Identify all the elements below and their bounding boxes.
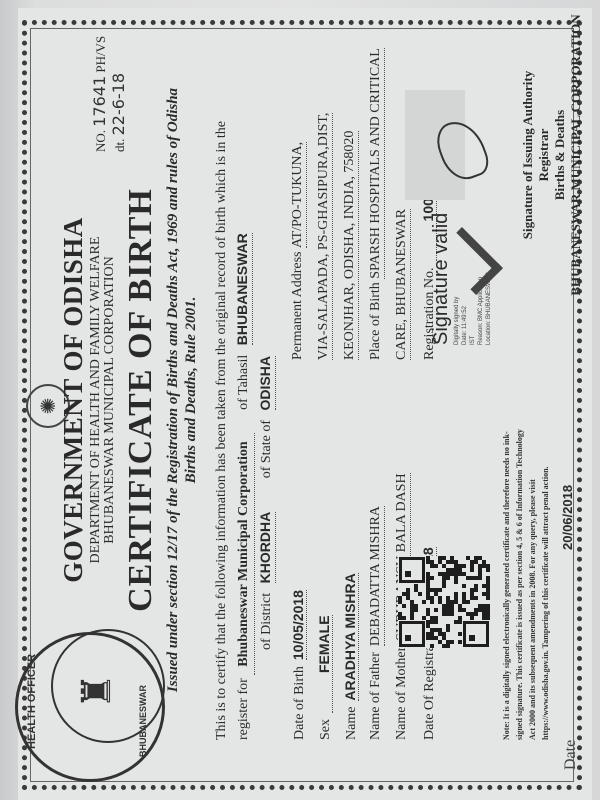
ref-date-label: dt. bbox=[112, 139, 127, 152]
tahasil-value: BHUBANESWAR bbox=[232, 233, 253, 345]
name-row: NameARADHYA MISHRA bbox=[342, 573, 360, 740]
mother-label: Name of Mother bbox=[394, 647, 409, 740]
government-heading: GOVERNMENT OF ODISHA bbox=[58, 0, 89, 800]
address-line-3: KEONJHAR, ODISHA, INDIA, 758020 bbox=[342, 131, 359, 360]
pob-row: Place of Birth SPARSH HOSPITALS AND CRIT… bbox=[368, 48, 385, 360]
tahasil-label: of Tahasil bbox=[236, 355, 251, 410]
register-label: register for bbox=[236, 678, 251, 740]
ref-no-suffix: PH/VS bbox=[93, 36, 108, 73]
address-row-3: KEONJHAR, ODISHA, INDIA, 758020 bbox=[342, 131, 359, 360]
authority-line: Births & Deaths bbox=[552, 0, 568, 320]
sex-label: Sex bbox=[318, 719, 333, 740]
authority-line: Registrar bbox=[536, 0, 552, 320]
name-label: Name bbox=[344, 707, 359, 740]
pob-label: Place of Birth bbox=[368, 282, 383, 360]
authority-line: Signature of Issuing Authority bbox=[520, 0, 536, 320]
pob-line-1: SPARSH HOSPITALS AND CRITICAL bbox=[368, 48, 385, 279]
pob-line-2: CARE, BHUBANESWAR bbox=[394, 209, 411, 360]
issuing-authority: Signature of Issuing Authority Registrar… bbox=[520, 0, 584, 320]
sex-value: FEMALE bbox=[316, 615, 333, 713]
register-value: Bhubaneswar Municipal Corporation bbox=[234, 433, 255, 674]
legal-note: Note: It is a digitally signed electroni… bbox=[500, 420, 552, 740]
father-value: DEBADATTA MISHRA bbox=[368, 506, 385, 646]
name-value: ARADHYA MISHRA bbox=[342, 573, 359, 700]
dob-value: 10/05/2018 bbox=[290, 590, 307, 660]
certify-line: This is to certify that the following in… bbox=[212, 121, 232, 740]
address-line-1: AT/PO-TUKUNA, bbox=[290, 142, 307, 248]
date-label: Date bbox=[562, 740, 580, 770]
district-value: KHORDHA bbox=[255, 512, 276, 584]
father-row: Name of FatherDEBADATTA MISHRA bbox=[368, 506, 385, 740]
issued-under-text: Issued under section 12/17 of the Regist… bbox=[164, 70, 200, 710]
sex-row: SexFEMALE bbox=[316, 615, 334, 740]
signature-status: Signature valid bbox=[430, 213, 453, 345]
certify-statement: This is to certify that the following in… bbox=[212, 121, 277, 740]
stamp-top-text: HEALTH OFFICER bbox=[26, 654, 38, 749]
pob-row-2: CARE, BHUBANESWAR bbox=[394, 209, 411, 360]
state-label: of State of bbox=[259, 420, 274, 478]
state-value: ODISHA bbox=[255, 356, 276, 410]
address-row-2: VIA-SALAPADA, PS-GHASIPURA,DIST, bbox=[316, 113, 333, 360]
ref-date-value: 22-6-18 bbox=[109, 73, 128, 135]
dob-row: Date of Birth10/05/2018 bbox=[290, 590, 308, 740]
birth-certificate: ✺ HEALTH OFFICER BHUBANESWAR ♜ GOVERNMEN… bbox=[0, 0, 600, 800]
address-label: Permanent Address bbox=[290, 252, 305, 360]
qr-code bbox=[398, 556, 490, 648]
address-line-2: VIA-SALAPADA, PS-GHASIPURA,DIST, bbox=[316, 113, 333, 360]
father-label: Name of Father bbox=[368, 652, 383, 740]
address-row: Permanent Address AT/PO-TUKUNA, bbox=[290, 142, 307, 360]
ref-no-label: NO. bbox=[93, 130, 108, 152]
dob-label: Date of Birth bbox=[292, 666, 307, 740]
district-label: of District bbox=[259, 593, 274, 650]
issue-date: 20/06/2018 bbox=[560, 485, 575, 550]
ref-no-value: 17641 bbox=[90, 76, 109, 127]
reference-number: NO. 17641 PH/VS dt. 22-6-18 bbox=[90, 36, 128, 152]
authority-line: BHUBANESWAR MUNICIPAL CORPORATION bbox=[568, 0, 584, 320]
